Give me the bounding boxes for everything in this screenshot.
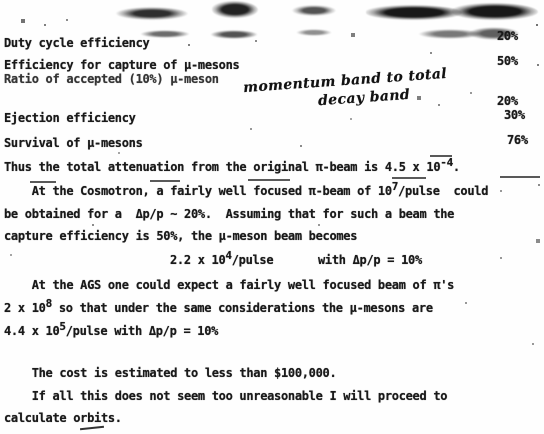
text-segment: At the Cosmotron, a fairly well focused … — [4, 184, 392, 198]
scan-noise-blob — [366, 5, 462, 20]
scan-streak — [500, 176, 540, 178]
equation-line: 2.2 x 104/pulse — [170, 253, 273, 268]
list-row-value: 30% — [504, 108, 525, 122]
body-line-cosmotron-3: capture efficiency is 50%, the μ-meson b… — [4, 229, 357, 243]
scan-noise-blob — [116, 7, 188, 20]
scan-noise-blob — [212, 1, 258, 18]
text-segment: 2.2 x 10 — [170, 253, 225, 267]
equation-condition: with Δp/p = 10% — [318, 253, 422, 267]
scan-streak — [150, 180, 180, 182]
scan-streak — [30, 181, 56, 183]
list-row-value: 20% — [497, 29, 518, 43]
body-line-cosmotron-1: At the Cosmotron, a fairly well focused … — [4, 184, 488, 199]
text-segment: 2 x 10 — [4, 301, 46, 315]
body-line-cost: The cost is estimated to less than $100,… — [4, 366, 336, 380]
text-segment: 4.4 x 10 — [4, 324, 59, 338]
exponent: 4 — [225, 249, 231, 263]
list-row-label: Efficiency for capture of μ-mesons — [4, 58, 239, 72]
body-line-ags-1: At the AGS one could expect a fairly wel… — [4, 278, 454, 292]
body-line-cosmotron-2: be obtained for a Δp/p ~ 20%. Assuming t… — [4, 207, 454, 221]
list-row-value: 76% — [507, 133, 528, 147]
text-segment: . — [453, 160, 460, 174]
scanned-memo-page: Duty cycle efficiency 20% Efficiency for… — [0, 0, 544, 434]
text-segment: /pulse could — [398, 184, 488, 198]
exponent: -4 — [440, 156, 453, 170]
body-line-closing-1: If all this does not seem too unreasonab… — [4, 389, 447, 403]
text-segment: /pulse with Δp/p = 10% — [66, 324, 218, 338]
text-segment: /pulse — [232, 253, 274, 267]
scan-noise-blob — [210, 30, 258, 39]
handwriting-line: decay band — [318, 87, 411, 109]
body-line-closing-2: calculate orbits. — [4, 411, 122, 425]
scan-streak — [248, 179, 290, 181]
exponent: 7 — [392, 180, 398, 194]
list-row-value: 20% — [497, 94, 518, 108]
body-line-ags-2: 2 x 108 so that under the same considera… — [4, 301, 433, 316]
list-row-label: Ratio of accepted (10%) μ-meson — [4, 72, 219, 86]
list-row-value: 50% — [497, 54, 518, 68]
scan-streak — [392, 177, 426, 179]
exponent: 8 — [46, 297, 52, 311]
list-row-label: Duty cycle efficiency — [4, 36, 149, 50]
scan-noise-blob — [292, 5, 336, 16]
body-line-ags-3: 4.4 x 105/pulse with Δp/p = 10% — [4, 324, 218, 339]
text-segment: Thus the total attenuation from the orig… — [4, 160, 440, 174]
scan-noise-blob — [452, 3, 538, 20]
exponent: 5 — [59, 320, 65, 334]
body-line-attenuation: Thus the total attenuation from the orig… — [4, 160, 460, 175]
text-segment: so that under the same considerations th… — [52, 301, 433, 315]
scan-noise-blob — [296, 29, 332, 36]
pen-underline-orbits — [80, 426, 104, 430]
list-row-label: Survival of μ-mesons — [4, 136, 143, 150]
list-row-label: Ejection efficiency — [4, 111, 136, 125]
scan-dust-speckles — [0, 0, 2, 2]
